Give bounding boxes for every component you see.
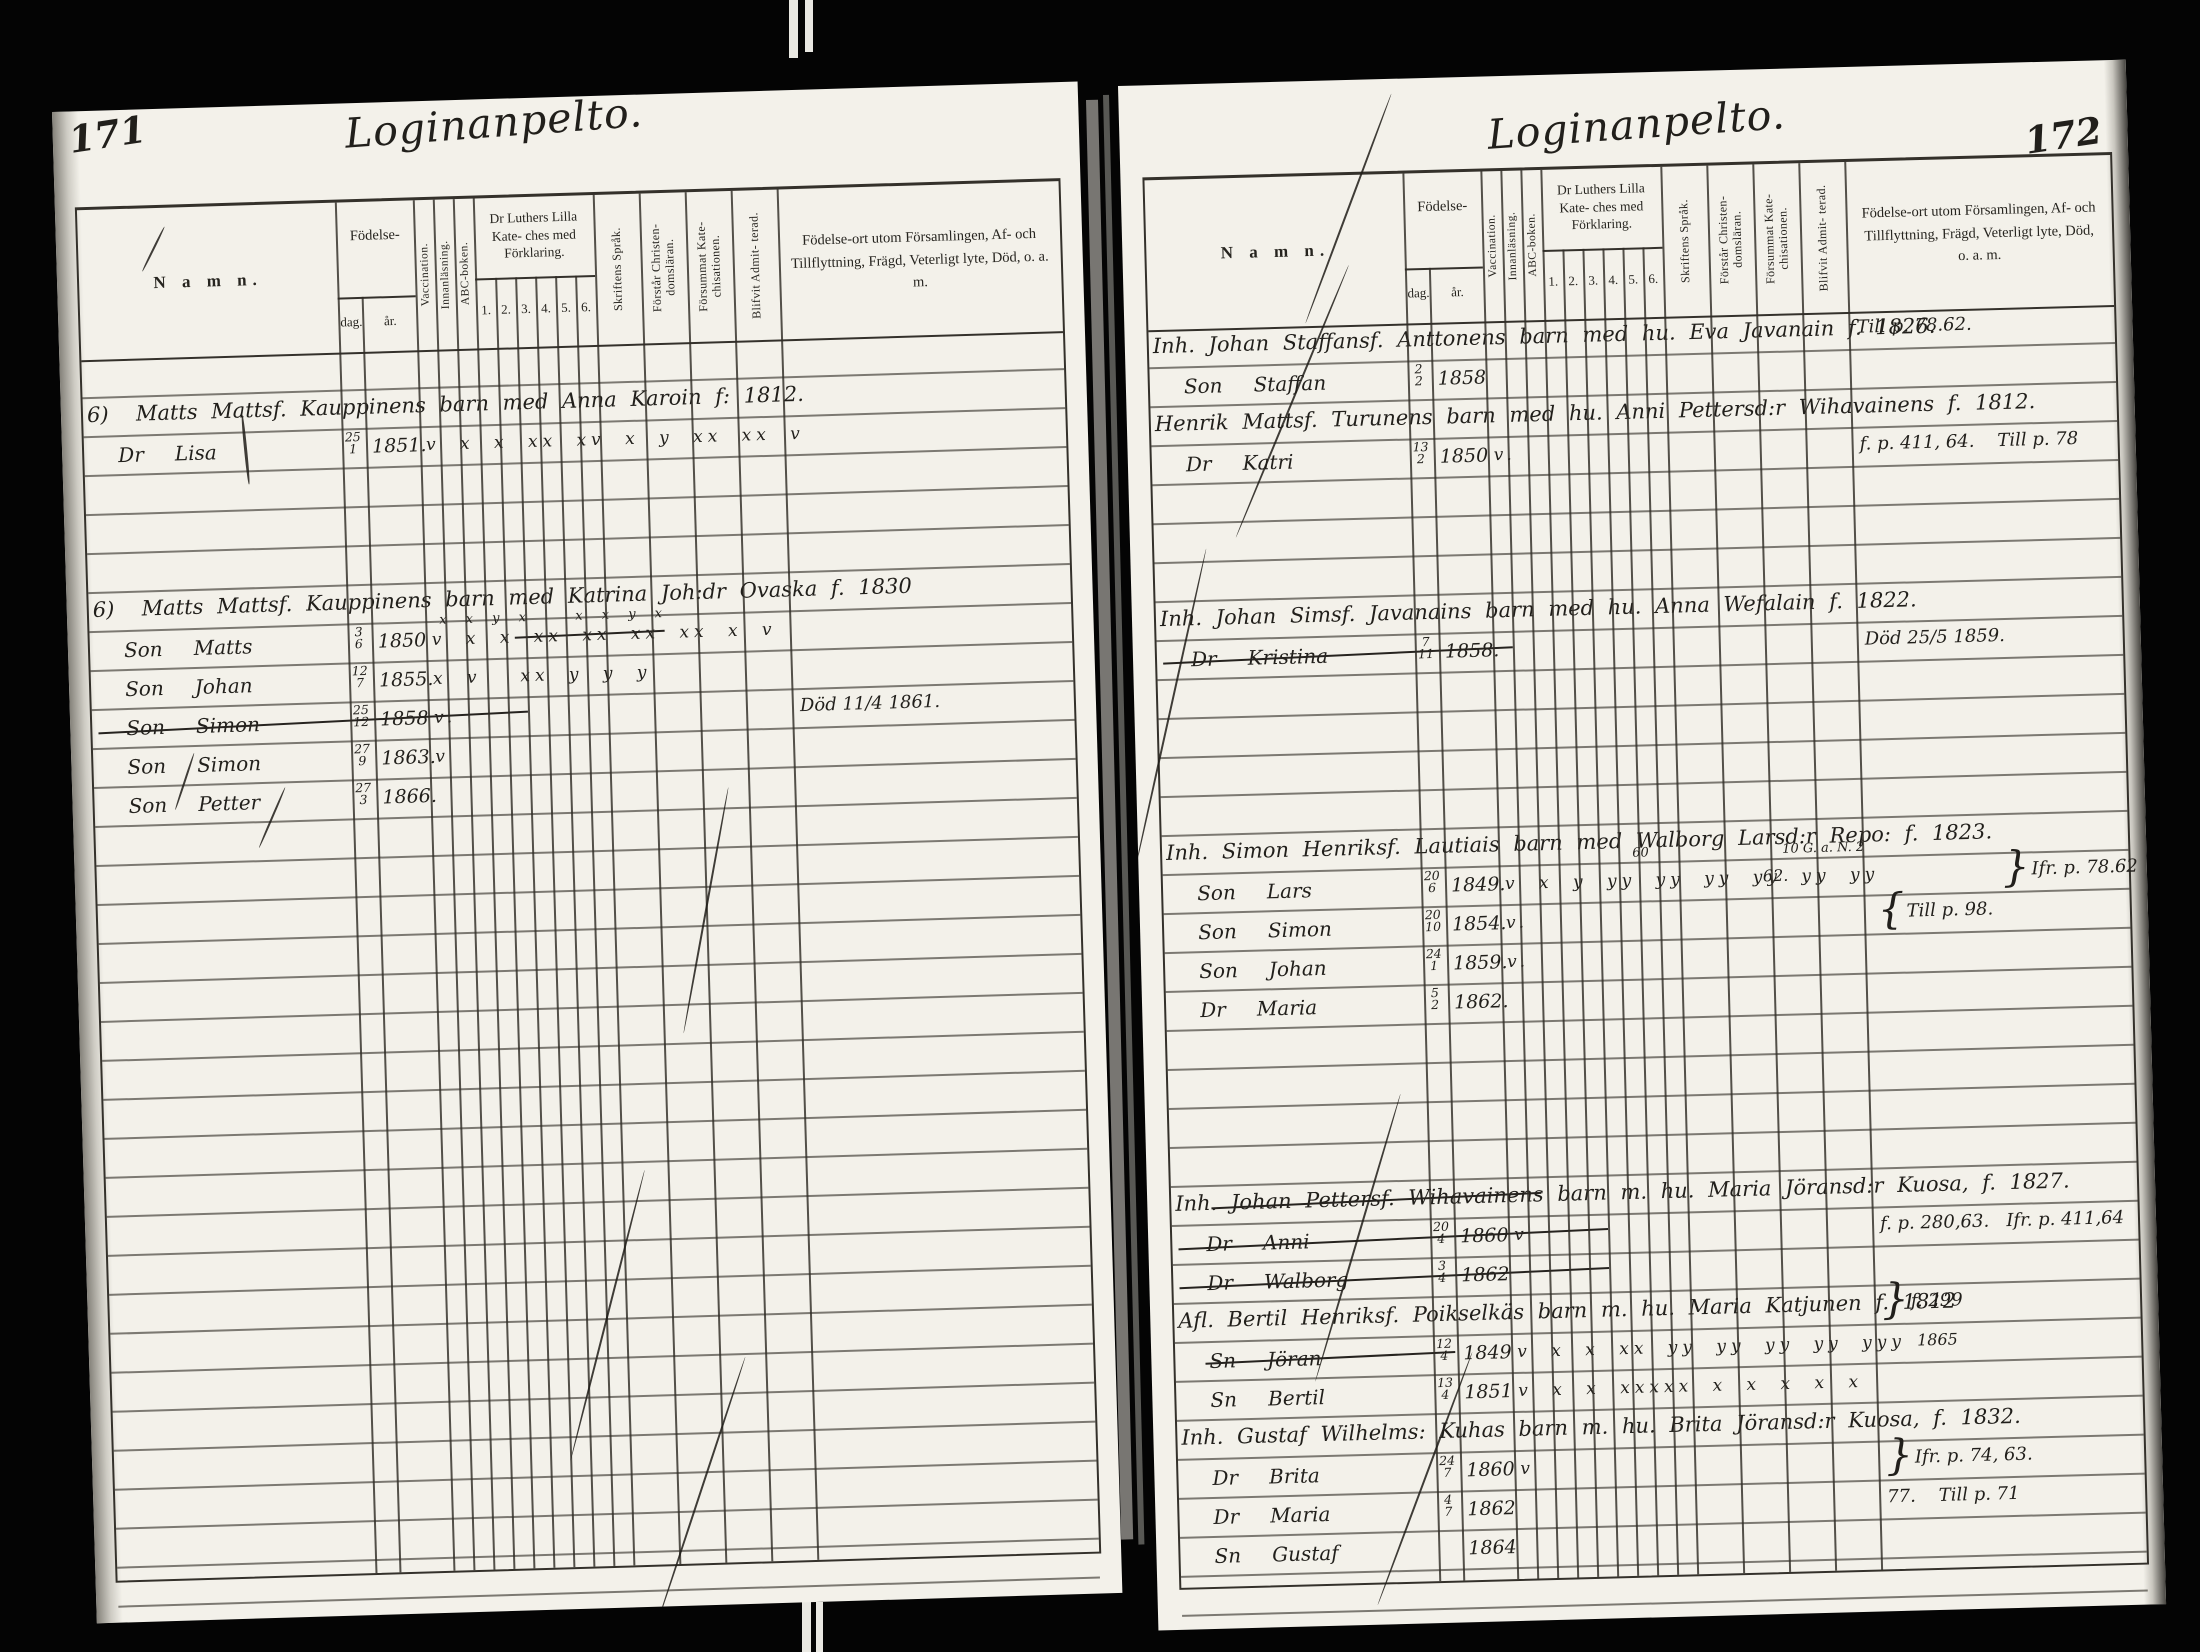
birth-year: 1866. — [382, 785, 437, 809]
entry-name: Son Simon — [127, 751, 261, 779]
entry-name: Dr Katri — [1186, 450, 1294, 477]
column-header-ar: år. — [364, 312, 416, 330]
birth-year: 1850 — [1440, 444, 1489, 467]
column-header-forsummat-katechisationen: Försummat Kate- chisationen. — [1752, 163, 1802, 314]
column-header-blifvit-admitterad: Blifvit Admit- terad. — [731, 190, 781, 341]
column-header-forstar-christendomslaran: Förstår Christen- domsläran. — [639, 192, 689, 343]
birth-year: 1854. — [1452, 912, 1507, 935]
page-title-right: Loginanpelto. — [1486, 90, 1787, 159]
entry-name: Son Lars — [1197, 878, 1312, 905]
register-table-left: N a m n. Födelse- dag. år. Vaccination. … — [75, 178, 1101, 1583]
column-header-ar: år. — [1431, 284, 1483, 301]
column-header-fodelse: Födelse- dag. år. — [335, 200, 417, 352]
sub-note: 10 G. a. N. 2 — [1782, 840, 1864, 857]
birth-year: 1863. — [381, 746, 436, 770]
birth-year: 1855. — [379, 668, 434, 692]
remark-note: 77. Till p. 71 — [1887, 1483, 2020, 1507]
remark-note: Till p. 78.62. — [1856, 314, 1972, 338]
birth-year: 1862. — [1454, 990, 1509, 1013]
birth-year: 1849 — [1463, 1341, 1512, 1364]
brace-mark: { — [1877, 884, 1905, 934]
remark-note: }f. 299 — [1882, 1289, 1963, 1312]
birth-year: 1864 — [1468, 1536, 1517, 1559]
brace-mark: } — [1885, 1430, 1913, 1480]
catechism-marks: v x x xx yy yy yy yy yyy — [1517, 1332, 1906, 1362]
column-header-dag: dag. — [1405, 285, 1431, 302]
column-header-namn: N a m n. — [77, 203, 339, 361]
entry-name: Son Petter — [128, 790, 260, 818]
birth-year: 1859. — [1453, 951, 1508, 974]
column-note: 1865 — [1917, 1329, 1958, 1349]
remark-note: f. p. 411, 64. Till p. 78 — [1859, 428, 2078, 455]
remark-note: f. p. 280,63. Ifr. p. 411,64 — [1880, 1207, 2125, 1234]
entry-name: Sn Gustaf — [1214, 1541, 1339, 1568]
birth-year: 1860 — [1466, 1458, 1515, 1481]
birth-year: 1850 — [378, 629, 427, 652]
register-table-right: N a m n. Födelse- dag. år. Vaccination. … — [1142, 152, 2149, 1590]
brace-mark: } — [1881, 1274, 1909, 1324]
page-right: 172 Loginanpelto. N a m n. Födelse- dag.… — [1118, 60, 2166, 1631]
table-body: 6) Matts Mattsf. Kauppinens barn med Ann… — [81, 331, 1099, 1581]
catechism-marks: v x x xx xv x y xx xx v — [426, 424, 805, 455]
spine-mark-bottom-2 — [816, 1602, 823, 1652]
column-header-remarks: Födelse-ort utom Församlingen, Af- och T… — [1844, 155, 2114, 312]
entry-name: Dr Maria — [1213, 1502, 1331, 1529]
entry-name: Son Staffan — [1184, 371, 1327, 399]
remark-note: }Ifr. p. 78.62 — [2003, 856, 2139, 881]
remark-note: {Till p. 98. — [1878, 898, 1994, 922]
catechism-marks: v. — [1494, 445, 1518, 466]
catechism-marks: v. — [1506, 913, 1530, 934]
column-header-namn: N a m n. — [1144, 174, 1406, 331]
column-header-remarks: Födelse-ort utom Församlingen, Af- och T… — [777, 181, 1063, 339]
birth-year: 1851. — [372, 434, 427, 458]
column-header-skriftens-sprak: Skriftens Språk. — [593, 194, 643, 345]
column-header-blifvit-admitterad: Blifvit Admit- terad. — [1798, 162, 1848, 313]
column-header-dag: dag. — [338, 314, 364, 331]
entry-name: Son Matts — [124, 634, 253, 662]
entry-name: Dr Brita — [1212, 1463, 1320, 1490]
column-header-forsummat-katechisationen: Försummat Kate- chisationen. — [685, 191, 735, 342]
entry-name: Dr Lisa — [118, 440, 217, 467]
catechism-marks: v — [1520, 1459, 1535, 1479]
entry-name: Son Johan — [1199, 956, 1327, 983]
catechism-marks: x v xx y y y — [433, 662, 652, 688]
table-body: Inh. Johan Staffansf. Anttonens barn med… — [1148, 305, 2147, 1588]
entry-name: Son Simon — [1198, 917, 1332, 944]
entry-name: Dr Maria — [1200, 995, 1318, 1022]
spine-mark-top-1 — [789, 0, 798, 58]
birth-year: 1862 — [1467, 1497, 1516, 1520]
table-header: N a m n. Födelse- dag. år. Vaccination. … — [1144, 155, 2114, 332]
page-number-left: 171 — [66, 107, 149, 162]
column-header-fodelse: Födelse- dag. år. — [1402, 172, 1484, 324]
spine-mark-top-2 — [805, 0, 813, 52]
column-note: 62. — [1763, 866, 1789, 886]
entry-name: Son Johan — [125, 673, 253, 701]
catechism-marks: v. — [1507, 952, 1531, 973]
page-left: 171 Loginanpelto. N a m n. Födelse- dag.… — [52, 82, 1122, 1624]
catechism-marks: v x y yy yy yy yy yy yy — [1505, 864, 1880, 894]
birth-year: 1851 — [1464, 1380, 1513, 1403]
entry-name: Sn Bertil — [1210, 1385, 1325, 1412]
column-header-kateches: Dr Luthers Lilla Kate- ches med Förklari… — [473, 195, 597, 348]
catechism-marks: v. — [434, 707, 458, 728]
remark-note: }Ifr. p. 74, 63. — [1886, 1444, 2033, 1469]
remark-note: Död 11/4 1861. — [800, 691, 941, 716]
catechism-marks: v x x xxxxx x x x x x — [1518, 1372, 1863, 1401]
remark-note: Död 25/5 1859. — [1864, 625, 2005, 650]
birth-year: 1858 — [1437, 366, 1486, 389]
brace-mark: } — [2002, 841, 2030, 891]
column-header-forstar-christendomslaran: Förstår Christen- domsläran. — [1706, 164, 1756, 315]
scanned-parish-register: { "colors":{"paper":"#f3f1ea","ink":"#21… — [0, 0, 2200, 1652]
page-title-left: Loginanpelto. — [343, 88, 644, 158]
column-header-skriftens-sprak: Skriftens Språk. — [1660, 166, 1710, 317]
spine-mark-bottom-1 — [802, 1598, 811, 1652]
birth-year: 1849. — [1451, 873, 1506, 896]
sub-note: 60 — [1632, 845, 1649, 860]
column-header-kateches: Dr Luthers Lilla Kate- ches med Förklari… — [1540, 167, 1664, 320]
catechism-marks: v — [1514, 1225, 1529, 1245]
catechism-marks: v — [435, 746, 450, 766]
